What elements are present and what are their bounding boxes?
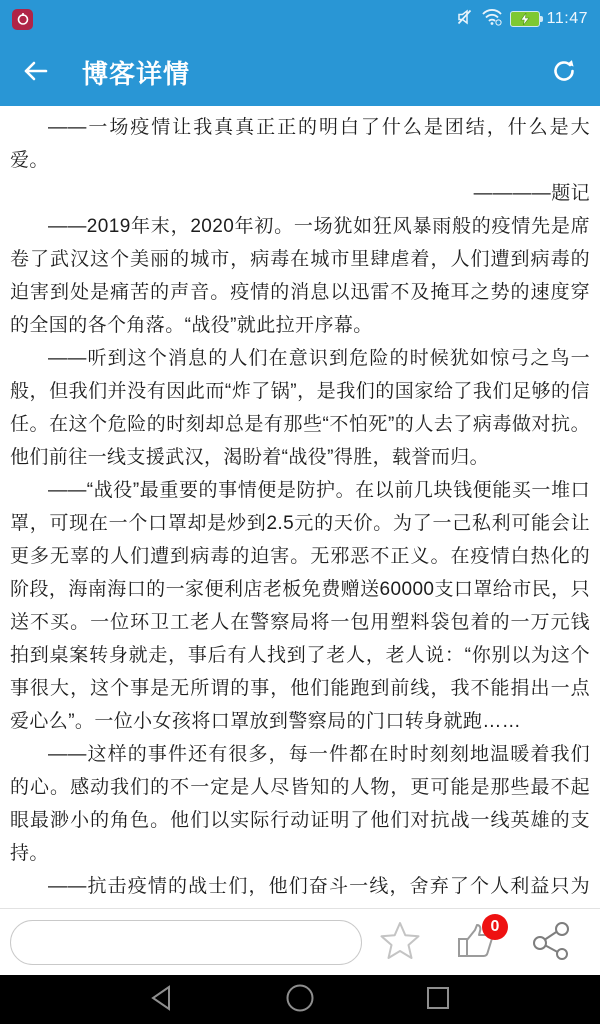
phone-screen: 11:47 博客详情 ——一场疫情让我真真正正的明白了什么是团结，什么是大爱。 (0, 0, 600, 1024)
android-back-button[interactable] (129, 980, 195, 1020)
share-icon (531, 921, 573, 964)
back-button[interactable] (8, 44, 64, 100)
paragraph: ——2019年末，2020年初。一场犹如狂风暴雨般的疫情先是席卷了武汉这个美丽的… (10, 210, 590, 342)
comment-toolbar: 0 (0, 908, 600, 975)
android-recents-button[interactable] (405, 980, 471, 1020)
paragraph: ——抗击疫情的战士们，他们奋斗一线，舍弃了个人利益只为家国平安，人民安康。他们逆… (10, 870, 590, 908)
status-bar: 11:47 (0, 0, 600, 38)
share-button[interactable] (528, 918, 576, 966)
android-nav-bar (0, 975, 600, 1024)
status-time: 11:47 (547, 10, 588, 28)
star-icon (378, 920, 422, 965)
android-home-button[interactable] (267, 980, 333, 1020)
paragraph: ——一场疫情让我真真正正的明白了什么是团结，什么是大爱。 (10, 111, 590, 177)
app-notification-icon (12, 9, 33, 30)
android-recents-icon (425, 985, 451, 1014)
android-home-icon (285, 983, 315, 1016)
page-title: 博客详情 (82, 54, 190, 91)
paragraph: ——这样的事件还有很多，每一件都在时时刻刻地温暖着我们的心。感动我们的不一定是人… (10, 738, 590, 870)
like-button[interactable]: 0 (452, 918, 500, 966)
app-bar: 博客详情 (0, 38, 600, 106)
favorite-button[interactable] (376, 918, 424, 966)
paragraph: ——“战役”最重要的事情便是防护。在以前几块钱便能买一堆口罩，可现在一个口罩却是… (10, 474, 590, 738)
comment-input[interactable] (10, 920, 362, 965)
refresh-icon (550, 57, 578, 88)
android-back-icon (149, 984, 175, 1015)
refresh-button[interactable] (536, 44, 592, 100)
like-count-badge: 0 (482, 914, 508, 940)
mute-icon (456, 8, 474, 31)
article-body: ——一场疫情让我真真正正的明白了什么是团结，什么是大爱。————题记——2019… (0, 106, 600, 908)
battery-charging-icon (510, 11, 540, 27)
paragraph: ————题记 (10, 177, 590, 210)
paragraph: ——听到这个消息的人们在意识到危险的时候犹如惊弓之鸟一般，但我们并没有因此而“炸… (10, 342, 590, 474)
back-arrow-icon (22, 57, 50, 88)
wifi-icon (481, 8, 503, 31)
